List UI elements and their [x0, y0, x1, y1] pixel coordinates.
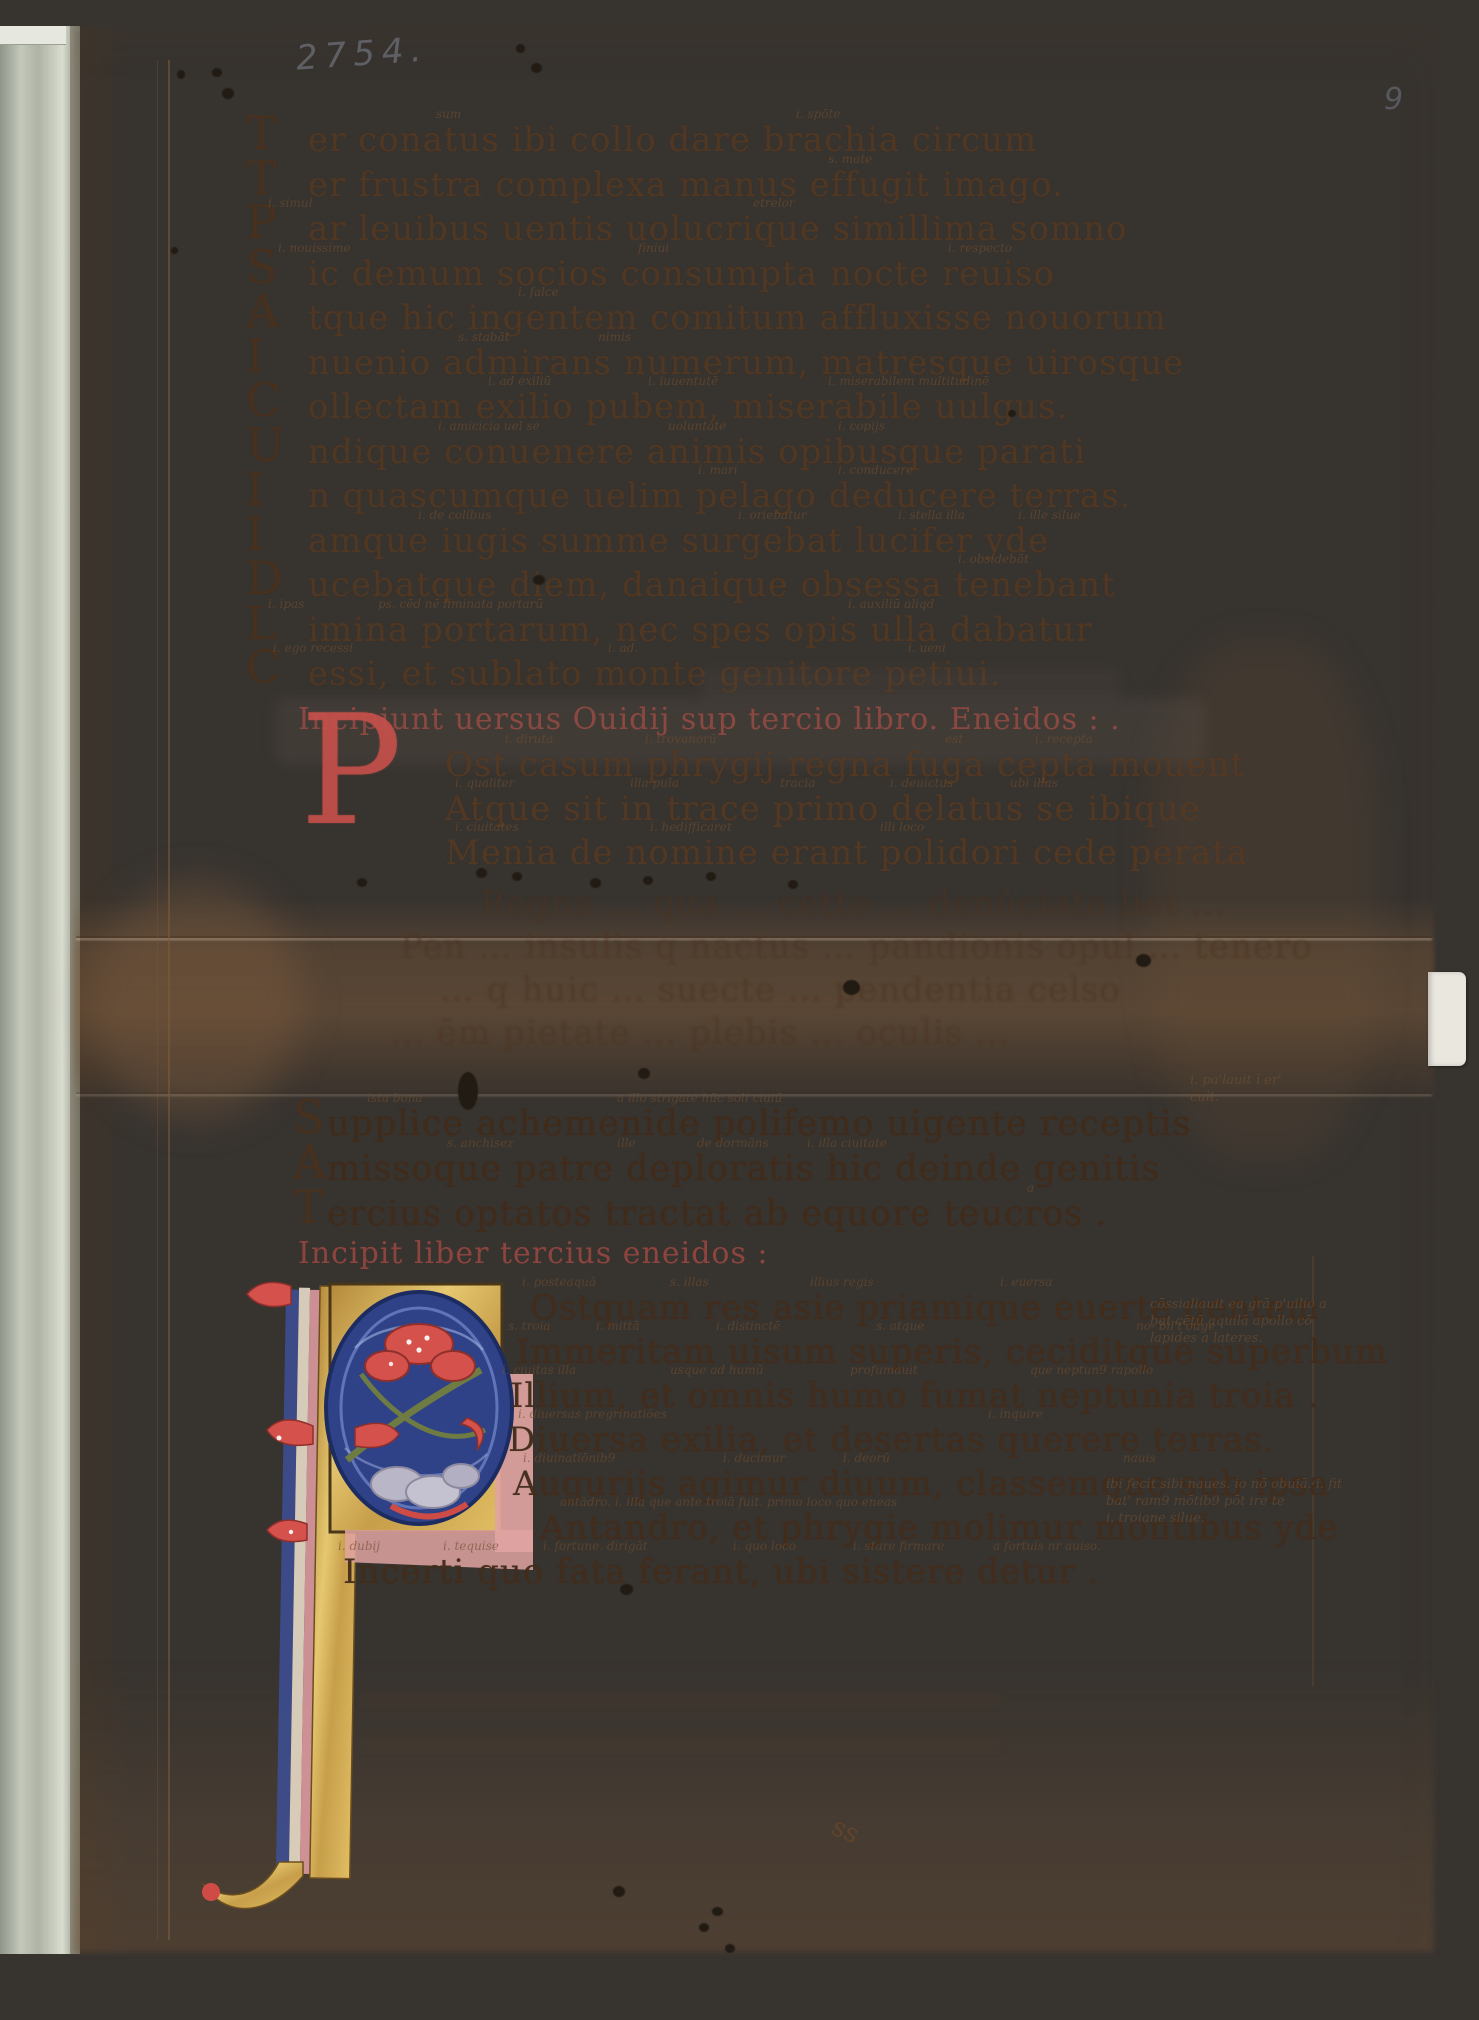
interlinear-gloss: i. falce	[518, 285, 559, 299]
interlinear-gloss: i. recepta	[1035, 732, 1093, 746]
interlinear-gloss: ps. cēd nē liminata portarū	[378, 597, 543, 611]
interlinear-gloss: i. ad.	[608, 641, 638, 655]
verse-line: Sic demum socios consumpta nocte reuisoi…	[246, 254, 1055, 298]
verse-text: tque hic ingentem comitum affluxisse nou…	[308, 298, 1167, 338]
verse-text: Atque sit in trace primo delatus se ibiq…	[445, 789, 1201, 829]
line-initial: S	[246, 250, 308, 284]
line-initial: A	[246, 294, 308, 328]
interlinear-gloss: i. mittā	[596, 1319, 639, 1333]
interlinear-gloss: i. iuuentutē	[648, 374, 718, 388]
ink-spot	[613, 1886, 625, 1897]
effaced-verse-line: … q huic … suecte … pendentia celso	[440, 970, 1121, 1014]
verse-text: Pen … insulis q nactus … pandionis opul …	[400, 927, 1313, 967]
interlinear-gloss: i. spōte	[796, 107, 840, 121]
ink-spot	[212, 68, 222, 77]
interlinear-gloss: i. copijs	[838, 419, 885, 433]
interlinear-gloss: i. ducimur	[723, 1451, 785, 1465]
ink-spot	[638, 1068, 650, 1079]
interlinear-gloss: tracia	[780, 776, 815, 790]
ink-spot	[620, 1584, 633, 1595]
interlinear-gloss: i. dubij	[338, 1539, 380, 1553]
interlinear-gloss: illius regis	[810, 1275, 874, 1289]
verse-line: Ducebatque diem, danaique obsessa teneba…	[246, 565, 1116, 609]
ruling-line	[168, 60, 170, 1940]
verse-line: Menia de nomine erant polidori cede pera…	[445, 833, 1248, 877]
interlinear-gloss: i. diruta	[505, 732, 553, 746]
interlinear-gloss: a fortuis nr auiso.	[993, 1539, 1101, 1553]
interlinear-gloss: i. illa ciuitate	[807, 1136, 887, 1150]
interlinear-gloss: de dormāns	[697, 1136, 769, 1150]
verse-line: In quascumque uelim pelago deducere terr…	[246, 476, 1131, 520]
interlinear-gloss: s. mate	[828, 152, 872, 166]
ink-spot	[1136, 954, 1151, 967]
interlinear-gloss: i. ad exiliū	[488, 374, 551, 388]
verse-text: er frustra complexa manus effugit imago.	[308, 165, 1064, 205]
interlinear-gloss: illa puīa	[630, 776, 679, 790]
verse-text: Menia de nomine erant polidori cede pera…	[445, 833, 1248, 873]
interlinear-gloss: i. diuersas pregrinatiōes	[518, 1407, 667, 1421]
index-tab	[1428, 972, 1466, 1066]
verse-text: nuenio admirans numerum, matresque uiros…	[308, 343, 1184, 383]
interlinear-gloss: i. auxiliū aliqd	[848, 597, 934, 611]
line-initial: T	[246, 161, 308, 195]
folio-number: 9	[1384, 82, 1403, 117]
effaced-verse-line: Regna … qua … cette … denūciata liet …	[480, 884, 1226, 928]
interlinear-gloss: i. conducere	[838, 463, 913, 477]
interlinear-gloss: a	[1027, 1181, 1034, 1195]
ink-spot	[699, 1923, 709, 1932]
line-initial: A	[293, 1145, 327, 1179]
effaced-verse-line: Pen … insulis q nactus … pandionis opul …	[400, 927, 1313, 971]
ink-spot	[512, 872, 522, 881]
interlinear-gloss: usque ad humū	[670, 1363, 763, 1377]
effaced-verse-line: … ēm pietate … plebis … oculis …	[390, 1013, 1010, 1057]
verse-line: Atque sit in trace primo delatus se ibiq…	[445, 789, 1201, 833]
ink-spot	[516, 44, 525, 53]
line-initial: C	[246, 383, 308, 417]
interlinear-gloss: finiui	[638, 241, 669, 255]
interlinear-gloss: i. posteaquā	[522, 1275, 596, 1289]
interlinear-gloss: i. ciuitas illa	[502, 1363, 576, 1377]
verse-line: Ost casum phrygij regna fuga cepta mouen…	[445, 745, 1245, 789]
verse-line: Limina portarum, nec spes opis ulla daba…	[246, 610, 1093, 654]
marginal-note: i. pa'lauit ī er'cuit.	[1190, 1072, 1282, 1106]
interlinear-gloss: i. nouissime	[278, 241, 351, 255]
ink-spot	[590, 878, 601, 888]
verse-line: Undique conuenere animis opibusque parat…	[246, 432, 1086, 476]
interlinear-gloss: i. amicicia uel se	[438, 419, 540, 433]
interlinear-gloss: i. de colibus	[418, 508, 491, 522]
verse-text: amque iugis summe surgebat lucifer yde	[308, 521, 1049, 561]
line-initial: C	[246, 650, 308, 684]
line-initial: P	[246, 205, 308, 239]
interlinear-gloss: i. respecto	[948, 241, 1012, 255]
interlinear-gloss: i. simul	[268, 196, 312, 210]
interlinear-gloss: que neptun9 rapollo	[1030, 1363, 1153, 1377]
verse-text: essi, et sublato monte genitore petiui.	[308, 654, 1001, 694]
interlinear-gloss: i. ille silue	[1018, 508, 1081, 522]
line-initial: I	[246, 517, 308, 551]
interlinear-gloss: s. stabāt	[458, 330, 510, 344]
verse-line: Atque hic ingentem comitum affluxisse no…	[246, 298, 1167, 342]
interlinear-gloss: etrelor	[753, 196, 795, 210]
ink-spot	[533, 575, 545, 585]
ink-spot	[476, 868, 487, 878]
line-initial: U	[246, 428, 308, 462]
red-initial-p: P	[300, 716, 402, 826]
interlinear-gloss: i. ego recessi	[273, 641, 353, 655]
ink-spot	[843, 980, 860, 995]
line-initial: I	[246, 472, 308, 506]
interlinear-gloss: i. ipas	[268, 597, 304, 611]
interlinear-gloss: ille	[617, 1136, 636, 1150]
book-edge	[0, 26, 80, 1954]
interlinear-gloss: i. quo loco	[733, 1539, 796, 1553]
interlinear-gloss: i. euersa	[1000, 1275, 1052, 1289]
ink-spot	[643, 876, 653, 885]
verse-text: Regna … qua … cette … denūciata liet …	[480, 884, 1226, 924]
interlinear-gloss: i. mari	[698, 463, 738, 477]
gutter-shadow	[70, 26, 130, 1954]
ink-spot	[458, 1072, 478, 1110]
marginal-note: cōssialiauit ea grā p'uilio abat cētū aq…	[1150, 1296, 1327, 1347]
interlinear-gloss: i. fortune. dirigāt	[543, 1539, 648, 1553]
ink-spot	[788, 880, 798, 889]
verse-text: Diuersa exilia, et desertas querere terr…	[508, 1420, 1274, 1460]
interlinear-gloss: i. distinctē	[716, 1319, 780, 1333]
interlinear-gloss: s. atque	[876, 1319, 924, 1333]
verse-line: Collectam exilio pubem, miserabile uulgu…	[246, 387, 1068, 431]
verse-text: … ēm pietate … plebis … oculis …	[390, 1013, 1010, 1053]
ink-spot	[725, 1944, 735, 1953]
interlinear-gloss: profumauit	[850, 1363, 918, 1377]
verse-text: Incerti quo fata ferant, ubi sistere det…	[343, 1552, 1099, 1592]
ink-spot	[177, 70, 185, 79]
verse-line: Ter conatus ibi collo dare brachia circu…	[246, 120, 1037, 164]
line-initial: I	[246, 339, 308, 373]
interlinear-gloss: illi loco	[880, 820, 924, 834]
interlinear-gloss: i. stella illa	[898, 508, 965, 522]
interlinear-gloss: i. oriebatur	[738, 508, 807, 522]
verse-text: missoque patre deploratis hic deinde gen…	[327, 1149, 1160, 1189]
ink-spot	[712, 1907, 723, 1916]
interlinear-gloss: i. hedifficaret	[650, 820, 732, 834]
verse-text: … q huic … suecte … pendentia celso	[440, 970, 1121, 1010]
ink-spot	[222, 88, 234, 99]
verse-text: er conatus ibi collo dare brachia circum	[308, 120, 1037, 160]
ink-spot	[357, 878, 367, 887]
interlinear-gloss: nimis	[598, 330, 631, 344]
verse-line: Iamque iugis summe surgebat lucifer ydei…	[246, 521, 1049, 565]
interlinear-gloss: a illo strigate hūc soli ciuiū	[617, 1091, 782, 1105]
interlinear-gloss: s. illas	[670, 1275, 709, 1289]
interlinear-gloss: antādro. i. illa que ante troiā fuit. pr…	[560, 1495, 897, 1509]
initial-foot	[203, 1862, 303, 1909]
line-initial: S	[293, 1100, 327, 1134]
interlinear-gloss: i. stare firmare	[853, 1539, 944, 1553]
ink-spot	[531, 63, 542, 73]
interlinear-gloss: i. diuinatiōnib9	[523, 1451, 615, 1465]
verse-text: Ost casum phrygij regna fuga cepta mouen…	[445, 745, 1245, 785]
verse-text: imina portarum, nec spes opis ulla dabat…	[308, 610, 1093, 650]
ink-spot	[171, 247, 178, 254]
ruling-line	[157, 60, 158, 1940]
verse-line: Diuersa exilia, et desertas querere terr…	[508, 1420, 1274, 1464]
interlinear-gloss: i. ueni	[908, 641, 946, 655]
interlinear-gloss: uoluntate	[668, 419, 726, 433]
interlinear-gloss: ista bona	[367, 1091, 423, 1105]
ink-spot	[706, 872, 716, 881]
interlinear-gloss: i. deorū	[843, 1451, 890, 1465]
interlinear-gloss: nauis	[1123, 1451, 1156, 1465]
interlinear-gloss: sum	[436, 107, 461, 121]
interlinear-gloss: i. obsidebāt	[958, 552, 1029, 566]
interlinear-gloss: est	[945, 732, 963, 746]
interlinear-gloss: i. miserabilem multitudinē	[828, 374, 989, 388]
interlinear-gloss: ubi illas	[1010, 776, 1058, 790]
verse-text: ic demum socios consumpta nocte reuiso	[308, 254, 1055, 294]
line-initial: D	[246, 561, 308, 595]
interlinear-gloss: i. trovanorū	[645, 732, 717, 746]
verse-line: Ter frustra complexa manus effugit imago…	[246, 165, 1064, 209]
interlinear-gloss: i. deuictus	[890, 776, 953, 790]
interlinear-gloss: s. troia	[508, 1319, 551, 1333]
interlinear-gloss: s. anchisez	[447, 1136, 514, 1150]
interlinear-gloss: i. qualiter	[455, 776, 514, 790]
line-initial: T	[246, 116, 308, 150]
marginal-note: ibi fecit sibi naues. io nō obuiā. i. fi…	[1106, 1476, 1342, 1527]
interlinear-gloss: i. inquire	[988, 1407, 1043, 1421]
book-edge-top-pages	[0, 26, 66, 45]
manuscript-photo: 2754. 9 Ter conatus ibi collo dare brach…	[0, 0, 1479, 2020]
verse-line: Incerti quo fata ferant, ubi sistere det…	[343, 1552, 1099, 1596]
ink-spot	[1008, 410, 1016, 417]
line-initial: T	[293, 1190, 327, 1224]
line-initial: L	[246, 606, 308, 640]
verse-line: Tercius optatos tractat ab equore teucro…	[293, 1194, 1108, 1238]
interlinear-gloss: i. tequise	[443, 1539, 499, 1553]
rubric-book3-incipit: Incipit liber tercius eneidos :	[298, 1236, 769, 1271]
verse-text: ercius optatos tractat ab equore teucros…	[327, 1194, 1108, 1234]
interlinear-gloss: i. ciuitates	[455, 820, 519, 834]
